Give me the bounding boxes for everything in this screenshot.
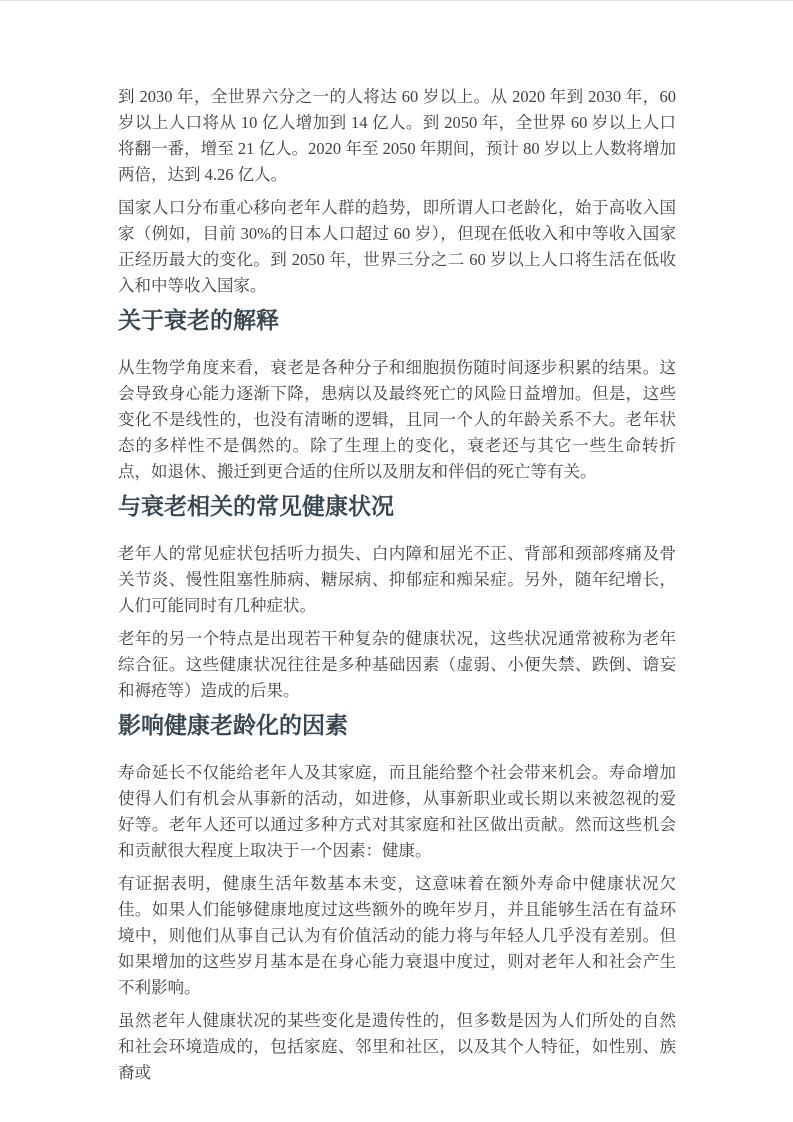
page-top-edge-line [0, 0, 793, 1]
paragraph-biology-of-aging: 从生物学角度来看，衰老是各种分子和细胞损伤随时间逐步积累的结果。这会导致身心能力… [118, 355, 676, 485]
paragraph-environment-genetics-truncated: 虽然老年人健康状况的某些变化是遗传性的，但多数是因为人们所处的自然和社会环境造成… [118, 1008, 676, 1086]
paragraph-common-symptoms: 老年人的常见症状包括听力损失、白内障和屈光不正、背部和颈部疼痛及骨关节炎、慢性阻… [118, 541, 676, 619]
paragraph-geriatric-syndromes: 老年的另一个特点是出现若干种复杂的健康状况，这些状况通常被称为老年综合征。这些健… [118, 626, 676, 704]
paragraph-population-shift: 国家人口分布重心移向老年人群的趋势，即所谓人口老龄化，始于高收入国家（例如，目前… [118, 195, 676, 299]
section-heading-common-health-conditions: 与衰老相关的常见健康状况 [118, 492, 676, 522]
paragraph-longevity-opportunities: 寿命延长不仅能给老年人及其家庭，而且能给整个社会带来机会。寿命增加使得人们有机会… [118, 760, 676, 864]
paragraph-healthy-life-years: 有证据表明，健康生活年数基本未变，这意味着在额外寿命中健康状况欠佳。如果人们能够… [118, 871, 676, 1001]
document-page: 到 2030 年，全世界六分之一的人将达 60 岁以上。从 2020 年到 20… [0, 0, 793, 1122]
article-content: 到 2030 年，全世界六分之一的人将达 60 岁以上。从 2020 年到 20… [118, 84, 676, 1093]
section-heading-explanation-of-aging: 关于衰老的解释 [118, 306, 676, 336]
paragraph-aging-statistics: 到 2030 年，全世界六分之一的人将达 60 岁以上。从 2020 年到 20… [118, 84, 676, 188]
section-heading-factors-healthy-aging: 影响健康老龄化的因素 [118, 711, 676, 741]
